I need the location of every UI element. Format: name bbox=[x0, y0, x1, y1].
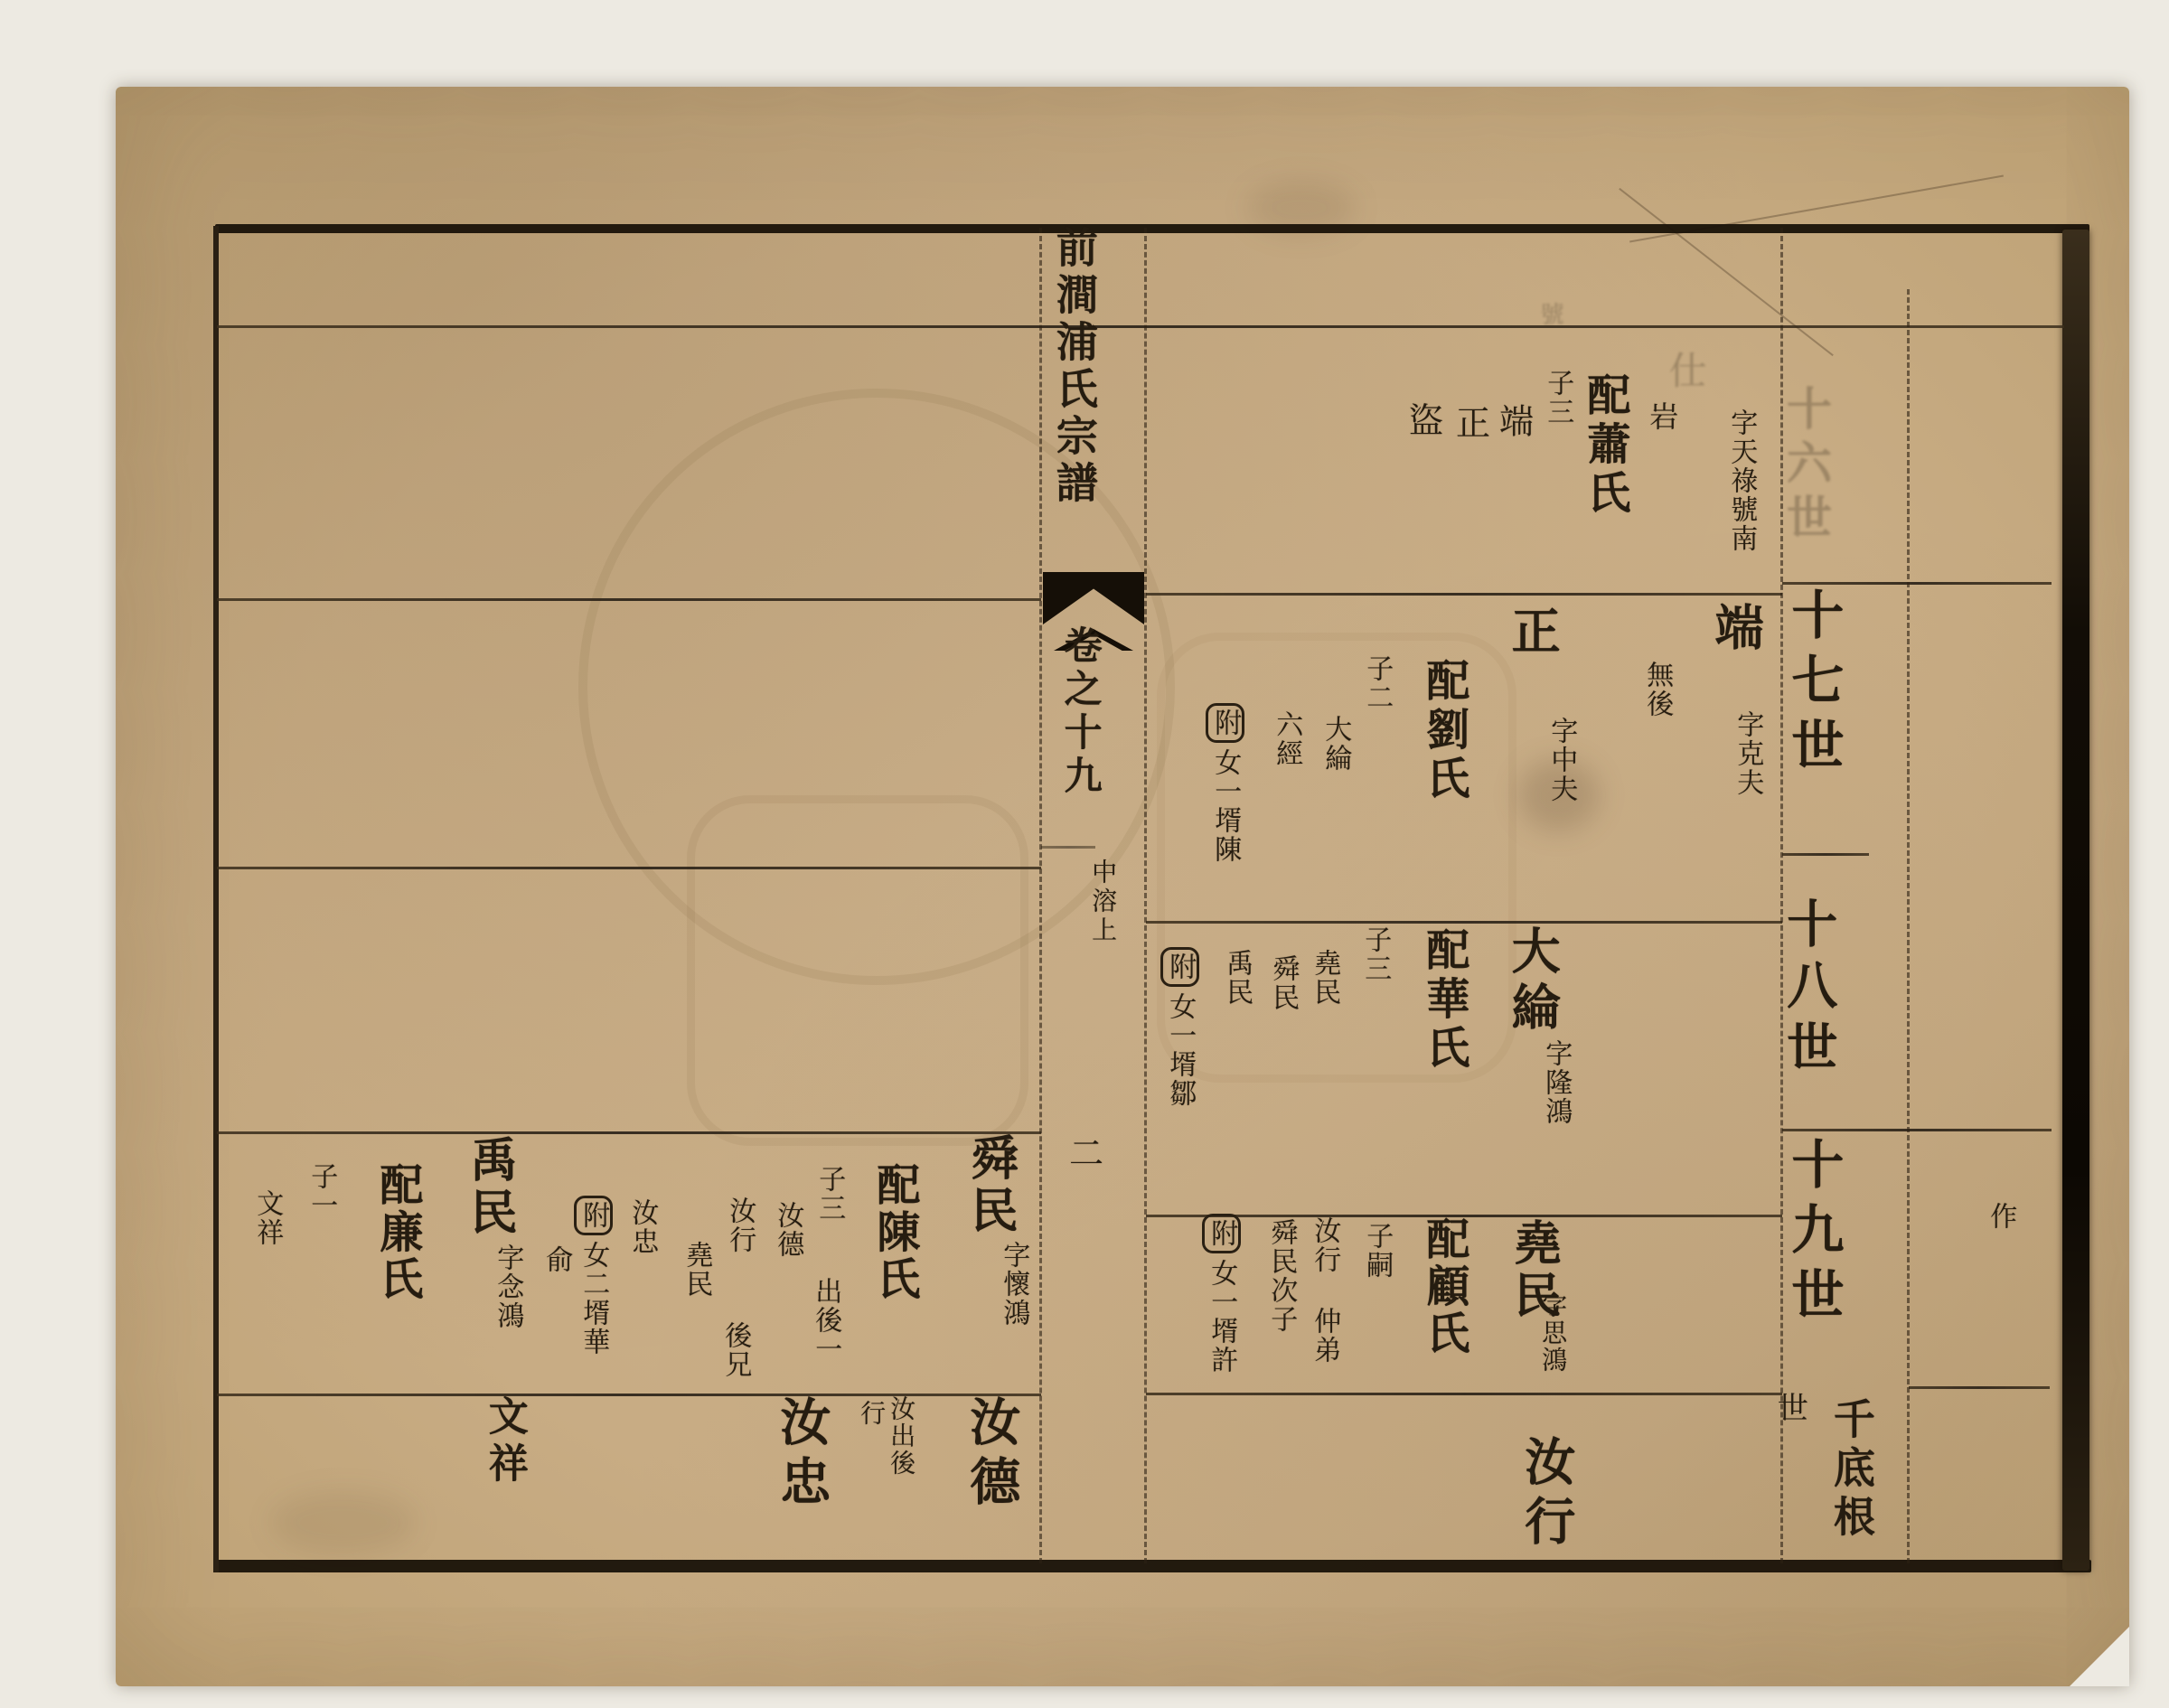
son-2-note-name: 堯民 bbox=[682, 1241, 710, 1299]
person-name-yan: 岩 bbox=[1647, 401, 1676, 432]
label-partial-shi: 世 bbox=[1773, 1392, 1805, 1424]
person-name: 汝行 bbox=[1520, 1435, 1573, 1554]
person-name: 正 bbox=[1507, 605, 1558, 662]
courtesy-note: 字中夫 bbox=[1547, 717, 1575, 803]
son-2: 舜民 bbox=[1269, 954, 1297, 1012]
right-row-line-1 bbox=[1146, 593, 1782, 596]
person-name: 文祥 bbox=[484, 1395, 525, 1489]
left-row-line-3 bbox=[217, 1131, 1041, 1134]
label-col-line-2 bbox=[1782, 853, 1869, 856]
heir-origin-note: 舜民次子 bbox=[1267, 1218, 1295, 1334]
boxed-char: 附 bbox=[1160, 947, 1199, 987]
son-1: 汝德 bbox=[774, 1201, 802, 1259]
courtesy-note: 字天祿號南 bbox=[1727, 408, 1755, 553]
sons-count: 子二 bbox=[1363, 654, 1391, 712]
left-row-line-2 bbox=[217, 867, 1041, 869]
person-name-faded: 仕 bbox=[1666, 351, 1705, 390]
right-row-line-2 bbox=[1146, 921, 1782, 924]
right-row-line-4 bbox=[1146, 1393, 1782, 1395]
son-3: 盜 bbox=[1404, 402, 1441, 438]
boxed-char: 附 bbox=[574, 1196, 613, 1235]
fold-left-divider bbox=[1039, 228, 1042, 1563]
daughters-note: 附女一壻許 bbox=[1207, 1214, 1235, 1375]
sons-count: 子一 bbox=[307, 1162, 335, 1220]
adoption-note-2: 行 bbox=[859, 1400, 885, 1427]
generation-label-17: 十七世 bbox=[1786, 587, 1840, 783]
son-1b: 文祥 bbox=[253, 1189, 281, 1247]
spouse: 配顧氏 bbox=[1421, 1216, 1466, 1357]
spouse: 配華氏 bbox=[1421, 927, 1466, 1074]
spouse: 配蕭氏 bbox=[1582, 372, 1627, 519]
left-row-line-4 bbox=[217, 1394, 1041, 1396]
daughters-note: 附女一壻鄒 bbox=[1166, 947, 1194, 1108]
courtesy-note: 字思鴻 bbox=[1540, 1292, 1566, 1374]
row-line-upper bbox=[217, 325, 2064, 328]
heir-note: 仲弟 bbox=[1310, 1307, 1338, 1365]
boxed-char: 附 bbox=[1202, 1214, 1241, 1253]
handwritten-note: 千底根 bbox=[1829, 1397, 1873, 1544]
person-name: 舜民 bbox=[965, 1133, 1014, 1238]
son-2: 六經 bbox=[1272, 710, 1300, 768]
generation-label-18: 十八世 bbox=[1782, 897, 1835, 1082]
heir-name: 汝行 bbox=[1310, 1216, 1338, 1274]
frame-left-border bbox=[213, 226, 219, 1572]
watermark-rounded-rect bbox=[687, 795, 1028, 1146]
son-1: 大綸 bbox=[1321, 715, 1349, 773]
margin-column-divider bbox=[1907, 289, 1910, 1563]
boxed-char: 附 bbox=[1206, 703, 1244, 743]
person-name: 汝德 bbox=[965, 1395, 1018, 1515]
frame-bottom-border bbox=[215, 1560, 2091, 1572]
heir-count: 子嗣 bbox=[1363, 1222, 1391, 1280]
person-name: 汝忠 bbox=[775, 1395, 828, 1515]
courtesy-note: 字懷鴻 bbox=[1000, 1241, 1028, 1328]
spouse: 配廉氏 bbox=[374, 1162, 419, 1303]
frame-top-border bbox=[215, 224, 2089, 233]
label-col-line-1 bbox=[1782, 582, 2052, 585]
daughters-note: 附女一壻陳 bbox=[1211, 703, 1239, 864]
margin-small-note: 作 bbox=[1986, 1202, 2014, 1231]
fold-dash-line bbox=[1041, 846, 1095, 849]
son-2: 汝行 bbox=[726, 1197, 754, 1254]
paper-stain-2 bbox=[271, 1491, 416, 1554]
spouse: 配劉氏 bbox=[1421, 658, 1466, 804]
spouse: 配陳氏 bbox=[871, 1162, 916, 1303]
son-in-law-2: 俞 bbox=[542, 1245, 570, 1274]
courtesy-note: 字克夫 bbox=[1733, 710, 1761, 797]
daughters-note: 附女二壻華 bbox=[579, 1196, 607, 1356]
son-1: 端 bbox=[1495, 403, 1531, 439]
scanned-page: 前澗浦氏宗譜卷之十九中溶上二十六世仕號岩字天祿號南配蕭氏子三端正盜十七世端字克夫… bbox=[0, 0, 2169, 1708]
son-2-note: 後兄 bbox=[721, 1321, 749, 1379]
generation-label-16: 十六世 bbox=[1782, 385, 1829, 548]
son-2: 正 bbox=[1451, 405, 1488, 441]
spine-title: 前澗浦氏宗譜 bbox=[1052, 226, 1095, 508]
bleedthrough-char: 號 bbox=[1537, 302, 1562, 327]
generation-label-19: 十九世 bbox=[1786, 1137, 1840, 1332]
section-label: 中溶上 bbox=[1090, 859, 1116, 945]
person-name: 端 bbox=[1711, 602, 1761, 658]
page-number: 二 bbox=[1065, 1135, 1101, 1171]
paper-corner-cut bbox=[2070, 1627, 2129, 1686]
frame-right-heavy-bar bbox=[2062, 230, 2089, 1571]
left-row-line-1 bbox=[217, 598, 1041, 601]
courtesy-note: 字隆鴻 bbox=[1542, 1039, 1570, 1126]
person-name: 禹民 bbox=[465, 1135, 513, 1240]
son-3: 禹民 bbox=[1223, 949, 1251, 1007]
son-1: 堯民 bbox=[1310, 949, 1338, 1007]
son-3: 汝忠 bbox=[628, 1198, 656, 1256]
adopted-out-note: 出後一 bbox=[812, 1277, 840, 1364]
fold-right-divider bbox=[1144, 228, 1147, 1563]
volume-label: 卷之十九 bbox=[1061, 625, 1101, 799]
courtesy-note: 字念鴻 bbox=[493, 1243, 521, 1330]
label-col-line-3 bbox=[1782, 1129, 2052, 1131]
margin-line bbox=[1909, 1386, 2050, 1389]
no-heir-note: 無後 bbox=[1643, 661, 1671, 718]
sons-count: 子三 bbox=[815, 1165, 843, 1223]
sons-count: 子三 bbox=[1544, 369, 1572, 427]
adoption-note: 汝出後 bbox=[888, 1395, 915, 1477]
sons-count: 子三 bbox=[1361, 925, 1389, 983]
person-name: 大綸 bbox=[1507, 925, 1558, 1037]
